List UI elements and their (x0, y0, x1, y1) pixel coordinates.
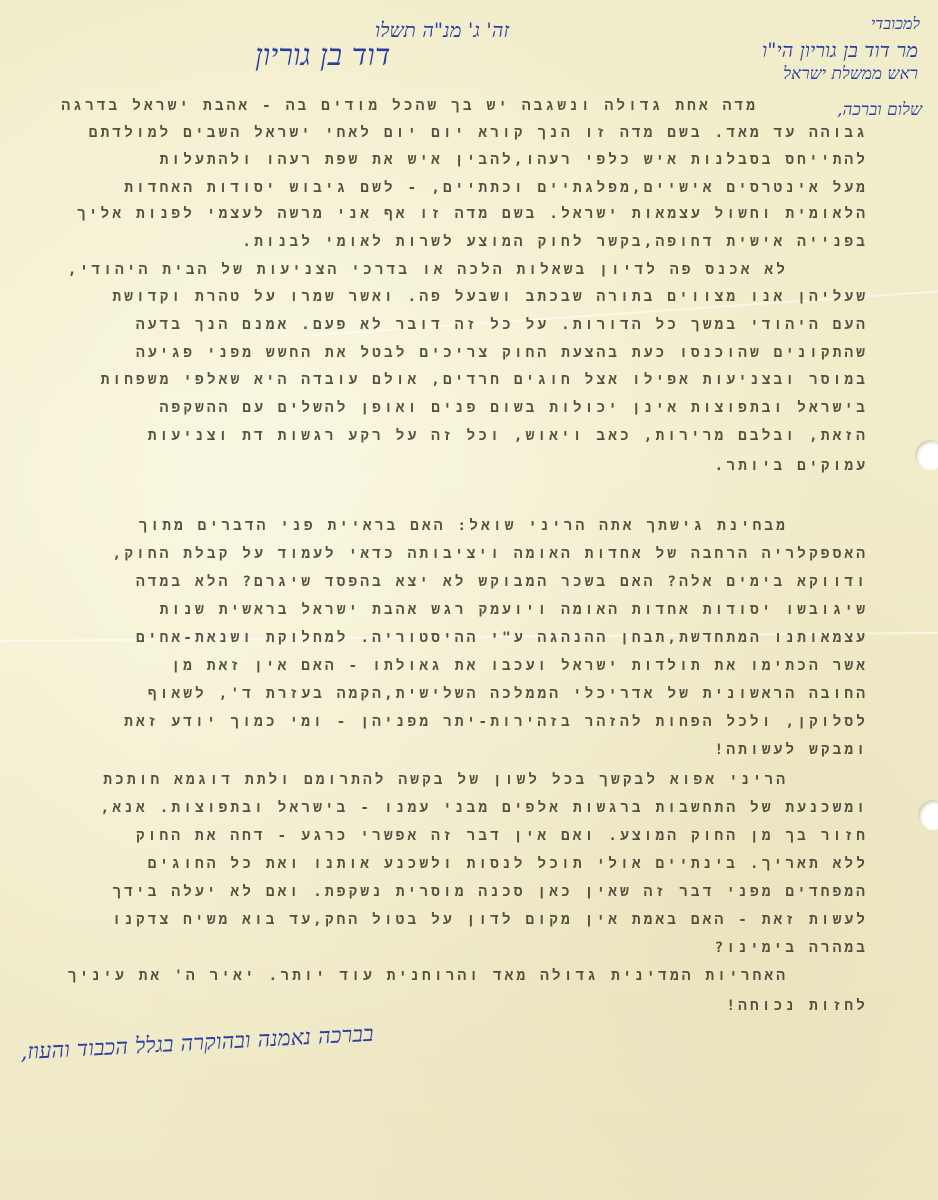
letter-line: להתייחס בסבלנות איש כלפי רעהו,להבין איש … (60, 152, 868, 169)
handwritten-salutation: שלום וברכה, (837, 100, 922, 120)
letter-line: הלאומית וחשול עצמאות ישראל. בשם מדה זו א… (60, 206, 868, 223)
letter-line: מדה אחת גדולה ונשגבה יש בך שהכל מודים בה… (60, 98, 758, 115)
letter-line: המפחדים מפני דבר זה שאין כאן סכנה מוסרית… (60, 884, 868, 901)
letter-line: העם היהודי במשך כל הדורות. על כל זה דובר… (60, 317, 868, 334)
letter-line: האחריות המדינית גדולה מאד והרוחנית עוד י… (60, 968, 788, 985)
letter-line: לסלוקן, ולכל הפחות להזהר בזהירות-יתר מפנ… (60, 714, 868, 731)
letter-line: ומבקש לעשותה! (60, 742, 868, 759)
letter-line: לעשות זאת - האם באמת אין מקום לדון על בט… (60, 912, 868, 929)
letter-line: לחזות נכוחה! (60, 998, 868, 1015)
letter-line: ללא תאריך. בינתיים אולי תוכל לנסות ולשכנ… (60, 856, 868, 873)
handwritten-date: זה' ג' מנ"ה תשלו (375, 18, 509, 43)
handwritten-recipient-line-1: למכובדי (871, 14, 920, 34)
letter-line: מעל אינטרסים אישיים,מפלגתיים וכתתיים, - … (60, 180, 868, 197)
handwritten-recipient-line-3: ראש ממשלת ישראל (783, 64, 918, 84)
letter-line: חזור בך מן החוק המוצע. ואם אין דבר זה אפ… (60, 828, 868, 845)
punch-hole (915, 440, 938, 470)
letter-line: בפנייה אישית דחופה,בקשר לחוק המוצע לשרות… (60, 234, 868, 251)
letter-line: לא אכנס פה לדיון בשאלות הלכה או בדרכי הצ… (60, 262, 788, 279)
letter-line: אשר הכתימו את תולדות ישראל ועכבו את גאול… (60, 658, 868, 675)
letter-line: שהתקונים שהוכנסו כעת בהצעת החוק צריכים ל… (60, 345, 868, 362)
letter-line: בישראל ובתפוצות אינן יכולות בשום פנים וא… (60, 400, 868, 417)
letter-line: עמוקים ביותר. (60, 458, 868, 475)
handwritten-recipient-line-2: מר דוד בן גוריון הי"ו (762, 38, 918, 63)
letter-line: החובה הראשונית של אדריכלי הממלכה השלישית… (60, 686, 868, 703)
letter-line: מבחינת גישתך אתה הריני שואל: האם בראיית … (60, 518, 788, 535)
letter-line: הזאת, ובלבם מרירות, כאב ויאוש, וכל זה על… (60, 428, 868, 445)
letter-line: גבוהה עד מאד. בשם מדה זו הנך קורא יום יו… (60, 125, 868, 142)
letter-line: עצמאותנו המתחדשת,תבחן ההנהגה ע"י ההיסטור… (60, 630, 868, 647)
letter-line: ומשכנעת של התחשבות ברגשות אלפים מבני עמנ… (60, 800, 868, 817)
letter-line: ודווקא בימים אלה? האם בשכר המבוקש לא יצא… (60, 574, 868, 591)
letter-line: שיגובשו יסודות אחדות האומה ויועמק רגש אה… (60, 602, 868, 619)
letter-line: במהרה בימינו? (60, 940, 868, 957)
letter-line: שעליהן אנו מצווים בתורה שבכתב ושבעל פה. … (60, 289, 868, 306)
letter-line: האספקלריה הרחבה של אחדות האומה ויציבותה … (60, 546, 868, 563)
letter-line: במוסר ובצניעות אפילו אצל חוגים חרדים, או… (60, 372, 868, 389)
letter-line: הריני אפוא לבקשך בכל לשון של בקשה להתרומ… (60, 772, 788, 789)
handwritten-sender: דוד בן גוריון (255, 38, 390, 73)
